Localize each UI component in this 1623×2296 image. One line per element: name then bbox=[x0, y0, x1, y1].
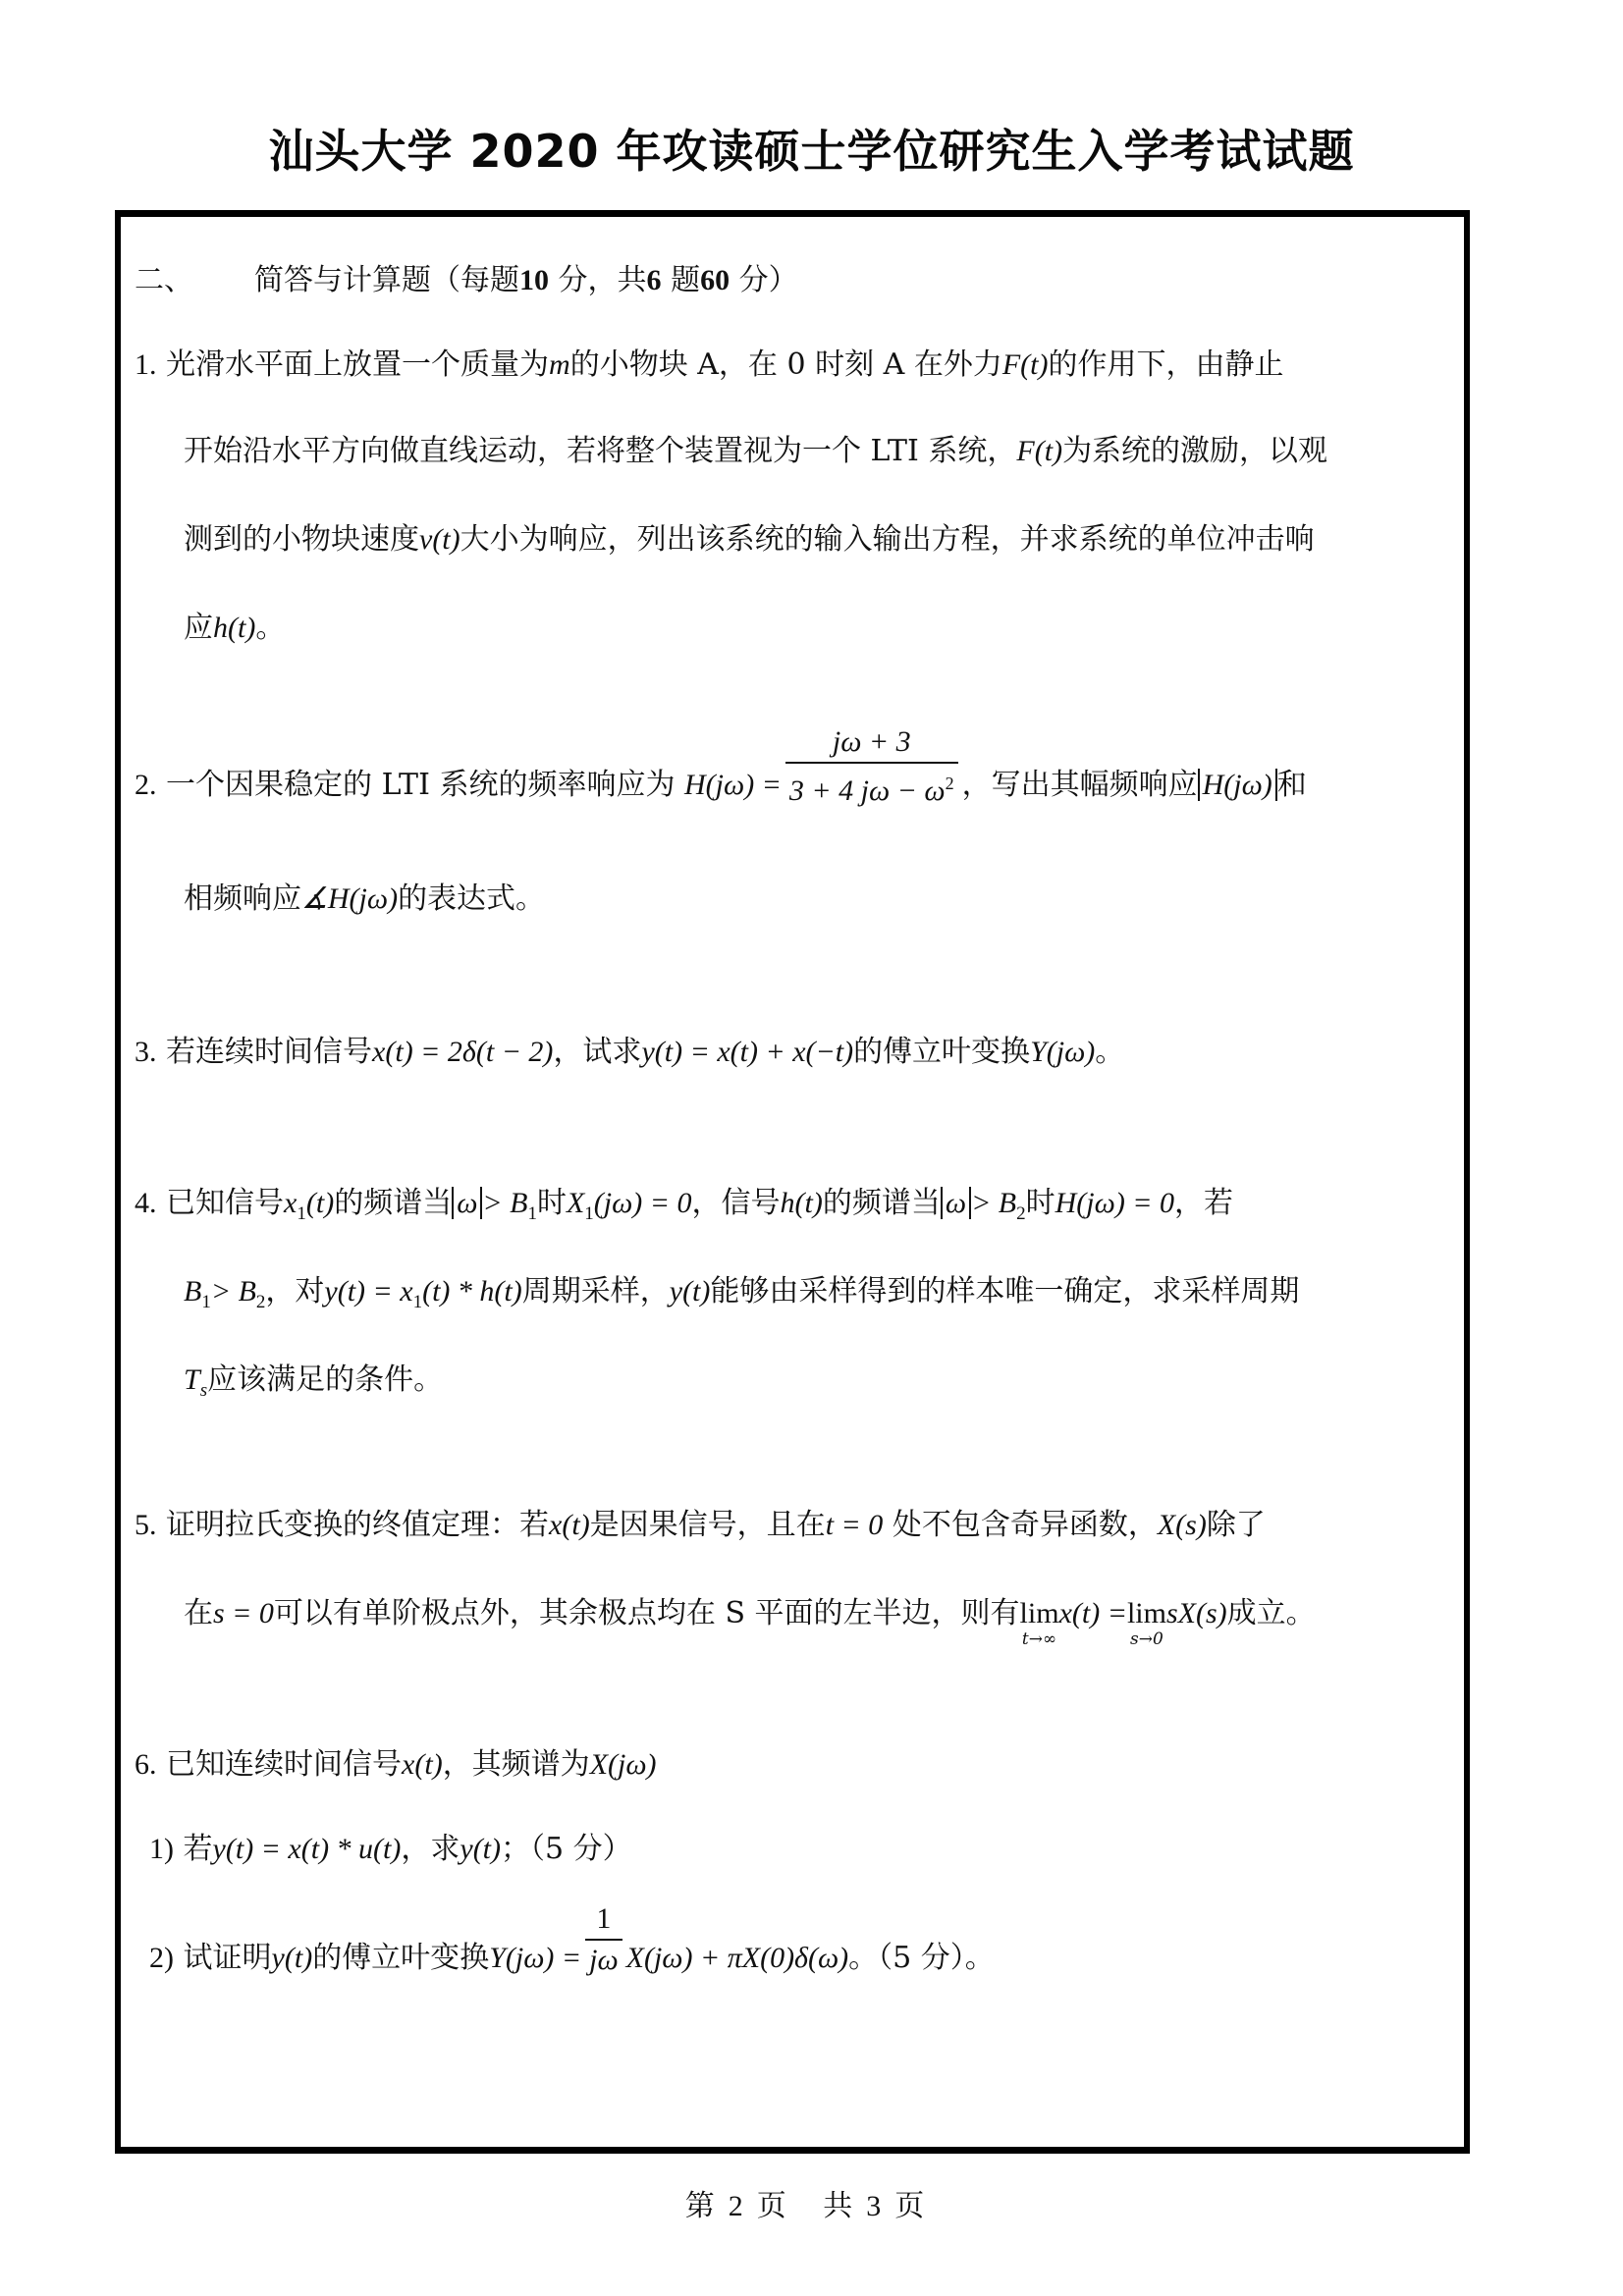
question-number: 1. bbox=[135, 348, 157, 381]
section-number: 二、 bbox=[135, 263, 193, 297]
question-2-line-1: 2. 一个因果稳定的 LTI 系统的频率响应为 H(jω) =jω + 33 +… bbox=[135, 762, 1307, 811]
question-1-line-3: 测到的小物块速度v(t)大小为响应，列出该系统的输入输出方程，并求系统的单位冲击… bbox=[184, 520, 1315, 560]
question-number: 3. bbox=[135, 1036, 157, 1068]
fourier-fraction: 1jω bbox=[585, 1899, 622, 1980]
exam-title: 汕头大学 2020 年攻读硕士学位研究生入学考试试题 bbox=[0, 116, 1623, 181]
total-pages: 3 bbox=[866, 2190, 894, 2222]
question-6-part-1: 1) 若y(t) = x(t) * u(t)，求y(t)；（5 分） bbox=[149, 1830, 632, 1869]
limit-s-zero: lims→0 bbox=[1127, 1594, 1166, 1645]
question-3-line-1: 3. 若连续时间信号x(t) = 2δ(t − 2)，试求y(t) = x(t)… bbox=[135, 1033, 1124, 1072]
question-1-line-1: 1. 光滑水平面上放置一个质量为m的小物块 A，在 0 时刻 A 在外力F(t)… bbox=[135, 346, 1283, 385]
question-number: 5. bbox=[135, 1509, 157, 1541]
question-4-line-1: 4. 已知信号x1(t)的频谱当ω> B1时X1(jω) = 0，信号h(t)的… bbox=[135, 1184, 1233, 1234]
question-6-line-1: 6. 已知连续时间信号x(t)，其频谱为X(jω) bbox=[135, 1745, 657, 1785]
question-4-line-2: B1> B2，对y(t) = x1(t) * h(t)周期采样，y(t)能够由采… bbox=[184, 1272, 1299, 1322]
question-1-line-4: 应h(t)。 bbox=[184, 609, 285, 648]
question-number: 2. bbox=[135, 769, 157, 801]
question-4-line-3: Ts应该满足的条件。 bbox=[184, 1361, 443, 1411]
question-number: 4. bbox=[135, 1187, 157, 1219]
question-1-line-2: 开始沿水平方向做直线运动，若将整个装置视为一个 LTI 系统，F(t)为系统的激… bbox=[184, 432, 1327, 471]
limit-t-infinity: limt→∞ bbox=[1020, 1594, 1059, 1645]
question-5-line-2: 在s = 0可以有单阶极点外，其余极点均在 S 平面的左半边，则有limt→∞x… bbox=[184, 1594, 1316, 1645]
question-number: 6. bbox=[135, 1748, 157, 1781]
question-6-part-2: 2) 试证明y(t)的傅立叶变换Y(jω) =1jωX(jω) + πX(0)δ… bbox=[149, 1939, 995, 1980]
current-page: 2 bbox=[729, 2190, 757, 2222]
page-footer: 第2页 共3页 bbox=[0, 2181, 1623, 2224]
section-heading: 二、简答与计算题（每题10 分，共6 题60 分） bbox=[135, 261, 798, 300]
section-heading-text: 简答与计算题（每题 bbox=[254, 263, 519, 297]
frequency-response-fraction: jω + 33 + 4 jω − ω2 bbox=[785, 722, 958, 811]
question-5-line-1: 5. 证明拉氏变换的终值定理：若x(t)是因果信号，且在t = 0 处不包含奇异… bbox=[135, 1506, 1266, 1545]
question-2-line-2: 相频响应∡H(jω)的表达式。 bbox=[184, 880, 545, 919]
